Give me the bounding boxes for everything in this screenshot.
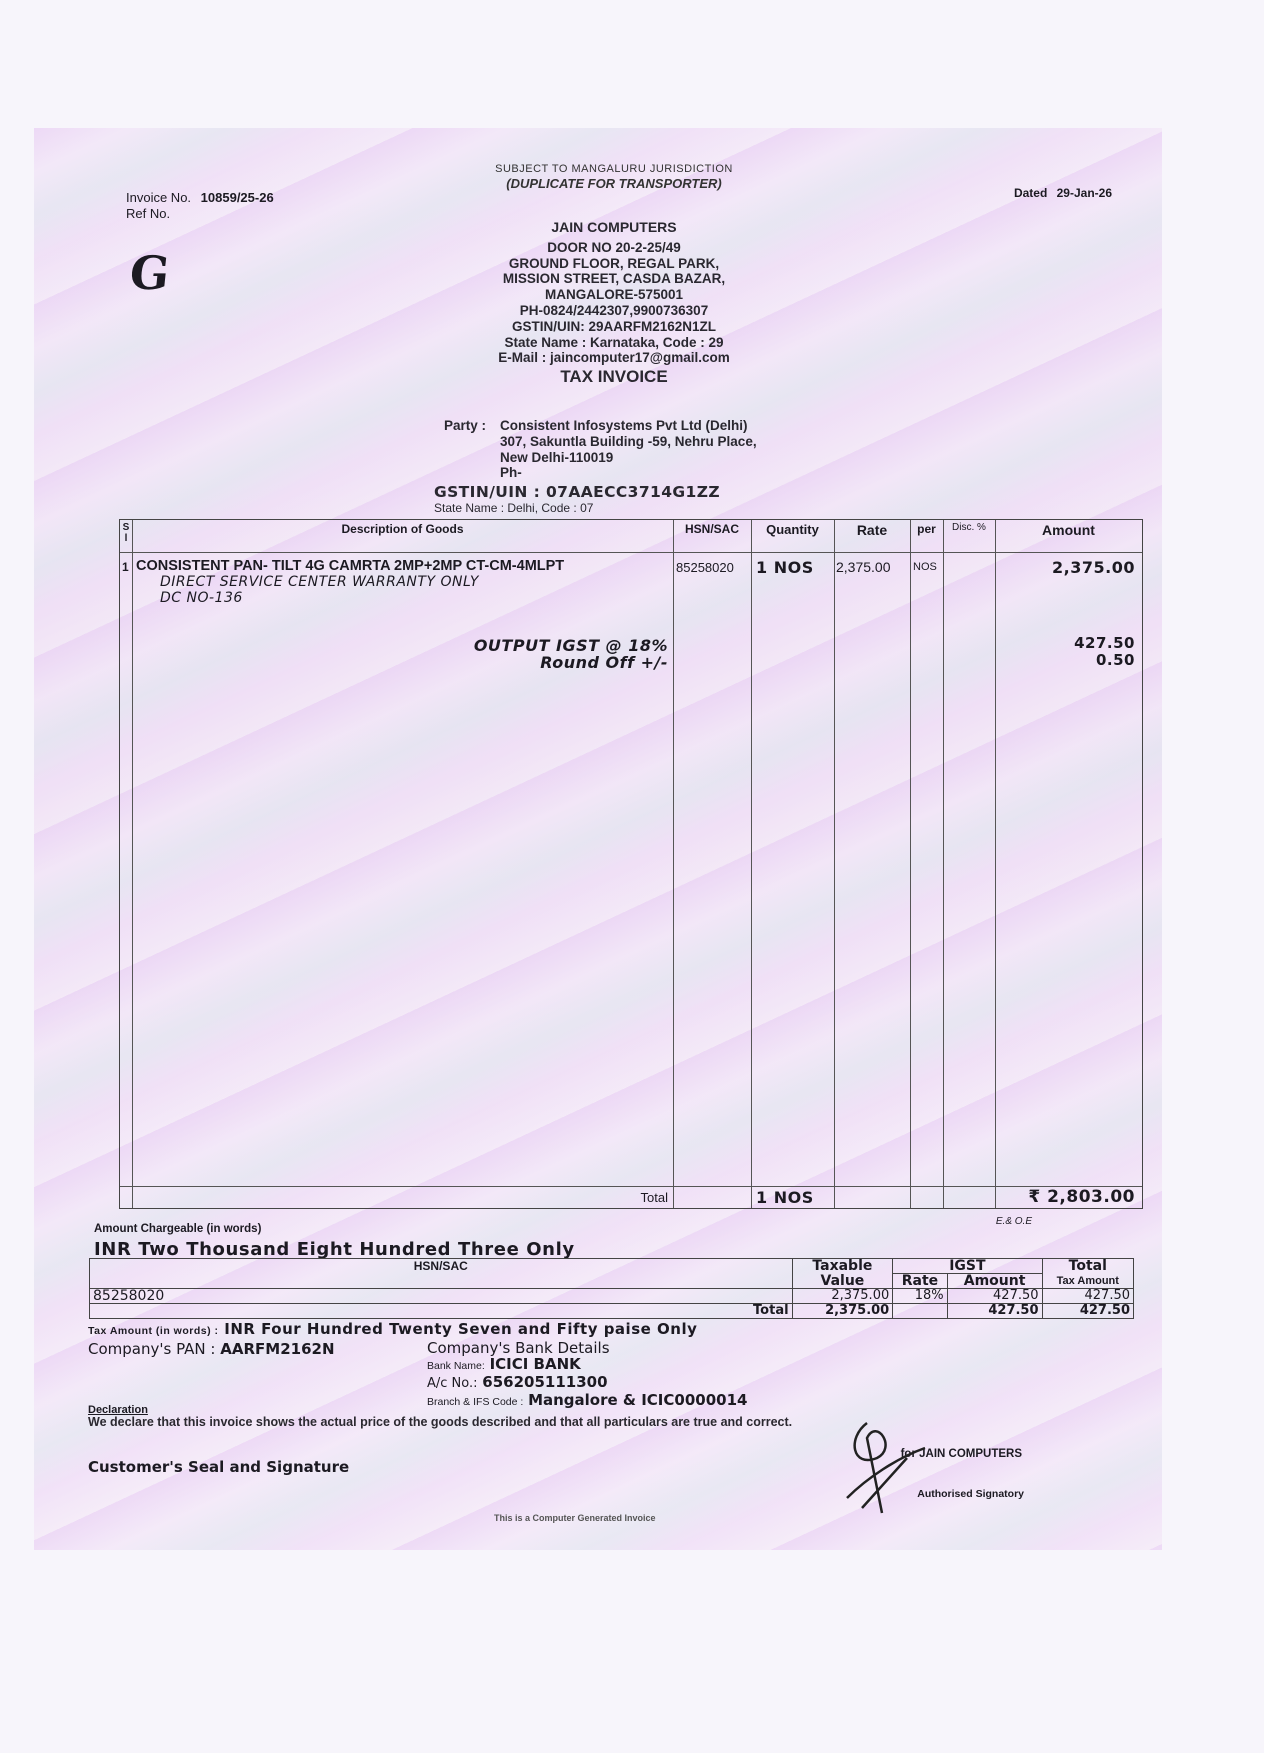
seller-block: JAIN COMPUTERS DOOR NO 20-2-25/49 GROUND… [414, 220, 814, 385]
party-address: 307, Sakuntla Building -59, Nehru Place, [444, 434, 757, 450]
item-per: NOS [913, 561, 937, 573]
bank-heading: Company's Bank Details [427, 1340, 747, 1356]
bank-name: ICICI BANK [490, 1355, 581, 1373]
col-rate: Rate [834, 522, 910, 538]
bank-details: Company's Bank Details Bank Name: ICICI … [427, 1340, 747, 1410]
seller-gstin: GSTIN/UIN: 29AARFM2162N1ZL [414, 319, 814, 335]
item-note: DC NO-136 [160, 590, 243, 606]
company-pan: Company's PAN : AARFM2162N [88, 1340, 335, 1358]
invoice-date: Dated 29-Jan-26 [1014, 186, 1112, 200]
round-off-label: Round Off +/- [132, 653, 668, 672]
col-sl: S l [120, 522, 132, 544]
invoice-sheet: SUBJECT TO MANGALURU JURISDICTION (DUPLI… [34, 128, 1162, 1550]
party-state: State Name : Delhi, Code : 07 [434, 501, 757, 517]
items-table: S l Description of Goods HSN/SAC Quantit… [119, 519, 1143, 1209]
seller-address-line: MISSION STREET, CASDA BAZAR, [414, 271, 814, 287]
col-per: per [910, 522, 943, 536]
amount-words-label: Amount Chargeable (in words) [94, 1223, 261, 1235]
seller-address-line: MANGALORE-575001 [414, 287, 814, 303]
table-row: 85258020 2,375.00 18% 427.50 427.50 [90, 1289, 1134, 1304]
branch-ifsc: Mangalore & ICIC0000014 [528, 1391, 747, 1409]
amount-in-words: INR Two Thousand Eight Hundred Three Onl… [94, 1239, 575, 1260]
customer-signature-label: Customer's Seal and Signature [88, 1458, 349, 1476]
company-logo-icon: G [127, 246, 172, 300]
item-rate: 2,375.00 [836, 559, 891, 575]
item-amount: 2,375.00 [995, 558, 1135, 577]
invoice-number: Invoice No. 10859/25-26 [126, 190, 274, 205]
item-hsn: 85258020 [676, 560, 734, 575]
total-quantity: 1 NOS [756, 1188, 814, 1207]
party-label: Party : [444, 418, 500, 434]
seller-address-line: GROUND FLOOR, REGAL PARK, [414, 256, 814, 272]
signature-icon [837, 1418, 927, 1518]
tax-total-row: Total 2,375.00 427.50 427.50 [90, 1304, 1134, 1319]
party-phone: Ph- [444, 465, 757, 481]
seller-name: JAIN COMPUTERS [414, 220, 814, 236]
seller-address-line: DOOR NO 20-2-25/49 [414, 240, 814, 256]
col-hsn: HSN/SAC [673, 522, 751, 536]
round-off-amount: 0.50 [995, 651, 1135, 669]
col-description: Description of Goods [132, 522, 673, 536]
item-description: CONSISTENT PAN- TILT 4G CAMRTA 2MP+2MP C… [136, 558, 564, 574]
col-disc: Disc. % [943, 522, 995, 533]
item-note: DIRECT SERVICE CENTER WARRANTY ONLY [160, 574, 479, 590]
party-address: New Delhi-110019 [444, 450, 757, 466]
total-label: Total [132, 1190, 668, 1205]
computer-generated-note: This is a Computer Generated Invoice [494, 1513, 656, 1523]
seller-email: E-Mail : jaincomputer17@gmail.com [414, 350, 814, 366]
eoe-note: E.& O.E [996, 1216, 1032, 1227]
total-amount: ₹ 2,803.00 [995, 1187, 1135, 1207]
account-number: 656205111300 [482, 1373, 607, 1391]
jurisdiction-note: SUBJECT TO MANGALURU JURISDICTION [424, 163, 804, 175]
party-gstin: GSTIN/UIN : 07AAECC3714G1ZZ [434, 485, 757, 501]
party-block: Party :Consistent Infosystems Pvt Ltd (D… [444, 418, 757, 517]
tax-amount-words: Tax Amount (in words) : INR Four Hundred… [88, 1320, 697, 1338]
party-name: Consistent Infosystems Pvt Ltd (Delhi) [500, 418, 748, 433]
tax-summary-table: HSN/SAC Taxable IGST Total Value Rate Am… [89, 1258, 1134, 1319]
authorised-signatory: Authorised Signatory [917, 1488, 1024, 1500]
seller-state: State Name : Karnataka, Code : 29 [414, 335, 814, 351]
item-quantity: 1 NOS [756, 558, 814, 577]
ref-number: Ref No. [126, 206, 170, 221]
document-title: TAX INVOICE [414, 369, 814, 385]
igst-amount: 427.50 [995, 634, 1135, 652]
col-amount: Amount [995, 522, 1142, 538]
col-quantity: Quantity [751, 522, 834, 537]
seller-phone: PH-0824/2442307,9900736307 [414, 303, 814, 319]
copy-type: (DUPLICATE FOR TRANSPORTER) [424, 176, 804, 191]
